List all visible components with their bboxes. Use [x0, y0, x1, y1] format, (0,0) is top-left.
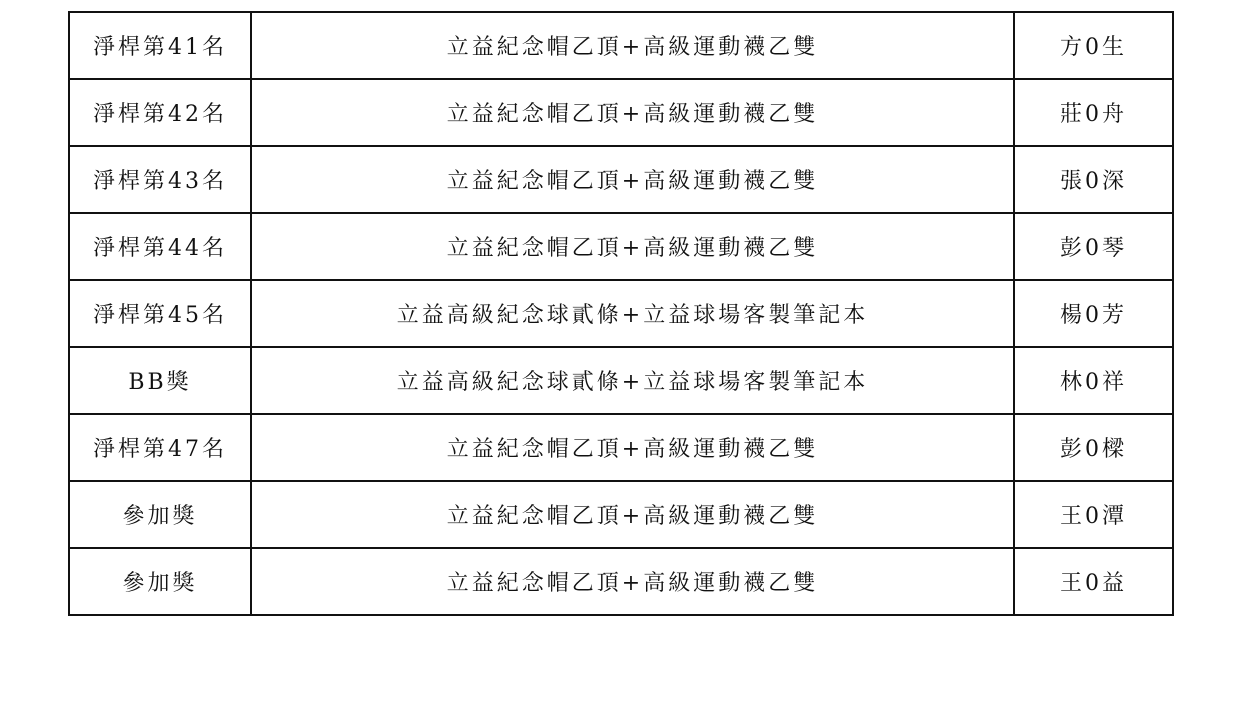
- prize-cell: 立益高級紀念球貳條+立益球場客製筆記本: [251, 280, 1014, 347]
- rank-cell: BB獎: [69, 347, 251, 414]
- rank-cell: 淨桿第42名: [69, 79, 251, 146]
- rank-cell: 淨桿第43名: [69, 146, 251, 213]
- winner-cell: 莊0舟: [1014, 79, 1173, 146]
- table-row: 參加獎 立益紀念帽乙頂+高級運動襪乙雙 王0益: [69, 548, 1173, 615]
- winner-cell: 彭0琴: [1014, 213, 1173, 280]
- winner-cell: 彭0樑: [1014, 414, 1173, 481]
- prize-cell: 立益紀念帽乙頂+高級運動襪乙雙: [251, 414, 1014, 481]
- rank-cell: 淨桿第47名: [69, 414, 251, 481]
- prize-cell: 立益紀念帽乙頂+高級運動襪乙雙: [251, 79, 1014, 146]
- table-row: 淨桿第42名 立益紀念帽乙頂+高級運動襪乙雙 莊0舟: [69, 79, 1173, 146]
- table-row: BB獎 立益高級紀念球貳條+立益球場客製筆記本 林0祥: [69, 347, 1173, 414]
- rank-cell: 淨桿第45名: [69, 280, 251, 347]
- prize-cell: 立益紀念帽乙頂+高級運動襪乙雙: [251, 548, 1014, 615]
- prize-cell: 立益紀念帽乙頂+高級運動襪乙雙: [251, 146, 1014, 213]
- table-row: 參加獎 立益紀念帽乙頂+高級運動襪乙雙 王0潭: [69, 481, 1173, 548]
- table-row: 淨桿第47名 立益紀念帽乙頂+高級運動襪乙雙 彭0樑: [69, 414, 1173, 481]
- winner-cell: 王0益: [1014, 548, 1173, 615]
- table-row: 淨桿第43名 立益紀念帽乙頂+高級運動襪乙雙 張0深: [69, 146, 1173, 213]
- prize-cell: 立益紀念帽乙頂+高級運動襪乙雙: [251, 12, 1014, 79]
- winner-cell: 張0深: [1014, 146, 1173, 213]
- winner-cell: 方0生: [1014, 12, 1173, 79]
- winner-cell: 王0潭: [1014, 481, 1173, 548]
- rank-cell: 參加獎: [69, 548, 251, 615]
- winner-cell: 楊0芳: [1014, 280, 1173, 347]
- rank-cell: 參加獎: [69, 481, 251, 548]
- prize-cell: 立益紀念帽乙頂+高級運動襪乙雙: [251, 481, 1014, 548]
- table-row: 淨桿第45名 立益高級紀念球貳條+立益球場客製筆記本 楊0芳: [69, 280, 1173, 347]
- rank-cell: 淨桿第41名: [69, 12, 251, 79]
- prize-cell: 立益紀念帽乙頂+高級運動襪乙雙: [251, 213, 1014, 280]
- table-row: 淨桿第44名 立益紀念帽乙頂+高級運動襪乙雙 彭0琴: [69, 213, 1173, 280]
- table-row: 淨桿第41名 立益紀念帽乙頂+高級運動襪乙雙 方0生: [69, 12, 1173, 79]
- winner-cell: 林0祥: [1014, 347, 1173, 414]
- awards-table: 淨桿第41名 立益紀念帽乙頂+高級運動襪乙雙 方0生 淨桿第42名 立益紀念帽乙…: [68, 11, 1174, 616]
- prize-cell: 立益高級紀念球貳條+立益球場客製筆記本: [251, 347, 1014, 414]
- rank-cell: 淨桿第44名: [69, 213, 251, 280]
